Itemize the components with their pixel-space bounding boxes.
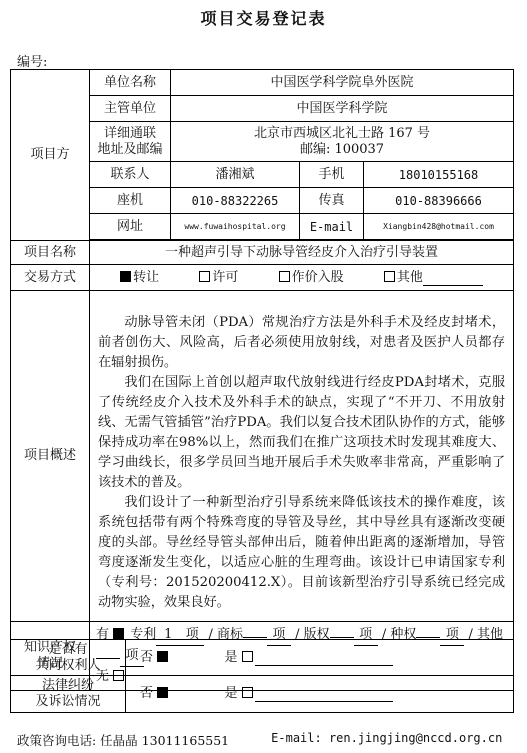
fax-label: 传真 xyxy=(300,188,364,214)
checkbox-checked-icon[interactable] xyxy=(113,628,124,639)
overview-content: 动脉导管未闭（PDA）常规治疗方法是外科手术及经皮封堵术，前者创伤大、风险高，后… xyxy=(90,291,514,622)
co-owner-label: 是否有 共同权利人 xyxy=(11,640,126,676)
website-value: www.fuwaihospital.org xyxy=(171,214,300,240)
checkbox-checked-icon[interactable] xyxy=(157,687,168,698)
mobile-label: 手机 xyxy=(300,162,364,188)
registration-form-table: 项目方 单位名称 中国医学科学院阜外医院 主管单位 中国医学科学院 详细通联 地… xyxy=(10,69,514,691)
legal-blank-line[interactable] xyxy=(255,687,393,702)
fax-value: 010-88396666 xyxy=(364,188,514,214)
address-value: 北京市西城区北礼士路 167 号 邮编: 100037 xyxy=(171,122,514,162)
form-title: 项目交易登记表 xyxy=(0,6,527,29)
supervisor-value: 中国医学科学院 xyxy=(171,96,514,122)
supervisor-label: 主管单位 xyxy=(90,96,171,122)
checkbox-unchecked-icon[interactable] xyxy=(242,651,253,662)
checkbox-checked-icon[interactable] xyxy=(120,271,131,282)
checkbox-checked-icon[interactable] xyxy=(157,651,168,662)
legal-dispute-label: 法律纠纷 及诉讼情况 xyxy=(11,676,126,713)
trade-option-equity[interactable]: 作价入股 xyxy=(279,270,344,286)
phone-value: 010-88322265 xyxy=(171,188,300,214)
email-value: Xiangbin428@hotmail.com xyxy=(364,214,514,240)
footer: 政策咨询电话: 任晶晶 13011165551 E-mail: ren.jing… xyxy=(17,731,517,749)
checkbox-unchecked-icon[interactable] xyxy=(279,271,290,282)
website-label: 网址 xyxy=(90,214,171,240)
project-name-label: 项目名称 xyxy=(11,241,90,265)
checkbox-unchecked-icon[interactable] xyxy=(384,271,395,282)
trade-option-license[interactable]: 许可 xyxy=(199,270,238,286)
checkbox-unchecked-icon[interactable] xyxy=(199,271,210,282)
trademark-count[interactable] xyxy=(243,637,267,638)
overview-paragraph: 动脉导管未闭（PDA）常规治疗方法是外科手术及经皮封堵术，前者创伤大、风险高，后… xyxy=(98,313,505,373)
contact-value: 潘湘斌 xyxy=(171,162,300,188)
overview-label: 项目概述 xyxy=(11,291,90,622)
unit-name-value: 中国医学科学院阜外医院 xyxy=(171,70,514,96)
unit-name-label: 单位名称 xyxy=(90,70,171,96)
rights-table: 是否有 共同权利人 否 是 法律纠纷 及诉讼情况 否 是 xyxy=(10,639,514,713)
overview-paragraph: 我们设计了一种新型治疗引导系统来降低该技术的操作难度，该系统包括带有两个特殊弯度… xyxy=(98,493,505,613)
phone-label: 座机 xyxy=(90,188,171,214)
consult-phone: 政策咨询电话: 任晶晶 13011165551 xyxy=(17,731,229,749)
co-owner-blank-line[interactable] xyxy=(255,651,393,666)
consult-email: E-mail: ren.jingjing@nccd.org.cn xyxy=(271,731,502,749)
postcode: 邮编: 100037 xyxy=(171,142,513,158)
copyright-count[interactable] xyxy=(330,637,354,638)
overview-paragraph: 我们在国际上首创以超声取代放射线进行经皮PDA封堵术，克服了传统经皮介入技术及外… xyxy=(98,373,505,493)
trade-option-other[interactable]: 其他 xyxy=(384,270,483,286)
contact-label: 联系人 xyxy=(90,162,171,188)
serial-number-label: 编号: xyxy=(17,51,47,70)
other-blank-line[interactable] xyxy=(423,271,483,286)
trade-option-transfer[interactable]: 转让 xyxy=(120,270,159,286)
email-label: E-mail xyxy=(300,214,364,240)
project-party-label: 项目方 xyxy=(11,70,90,241)
address-label: 详细通联 地址及邮编 xyxy=(90,122,171,162)
project-name-value: 一种超声引导下动脉导管经皮介入治疗引导装置 xyxy=(90,241,514,265)
co-owner-options: 否 是 xyxy=(126,640,514,676)
legal-dispute-options: 否 是 xyxy=(126,676,514,713)
trade-method-options: 转让 许可 作价入股 其他 xyxy=(90,265,514,291)
mobile-value: 18010155168 xyxy=(364,162,514,188)
trade-method-label: 交易方式 xyxy=(11,265,90,291)
plant-variety-count[interactable] xyxy=(416,637,440,638)
checkbox-unchecked-icon[interactable] xyxy=(242,687,253,698)
address: 北京市西城区北礼士路 167 号 xyxy=(171,126,513,142)
